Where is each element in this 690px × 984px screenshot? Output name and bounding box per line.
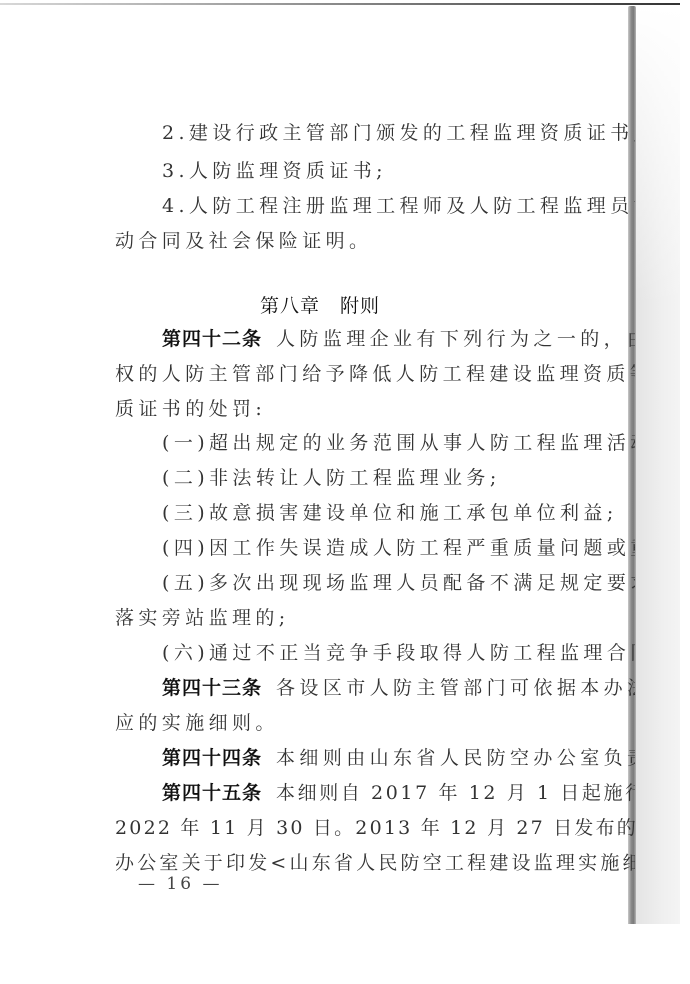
list-item-2: 2.建设行政主管部门颁发的工程监理资质证书; (162, 121, 635, 145)
article-42-item-3: (三)故意损害建设单位和施工承包单位利益; (162, 501, 618, 525)
article-42-item-2: (二)非法转让人防工程监理业务; (162, 466, 501, 490)
article-44-label: 第四十四条 (162, 747, 262, 769)
article-45-line3: 办公室关于印发<山东省人民防空工程建设监理实施细则>的通 (115, 851, 635, 875)
article-42-line3: 质证书的处罚: (115, 397, 266, 421)
article-43-text: 各设区市人防主管部门可依据本办法制定相 (276, 677, 635, 699)
article-45-line2: 2022 年 11 月 30 日。2013 年 12 月 27 日发布的《山东省… (115, 816, 635, 840)
article-42-paragraph: 第四十二条人防监理企业有下列行为之一的，由具有审批 (162, 327, 635, 351)
page-number: — 16 — (138, 874, 222, 894)
article-43-paragraph: 第四十三条各设区市人防主管部门可依据本办法制定相 (162, 676, 635, 700)
article-42-line2: 权的人防主管部门给予降低人防工程建设监理资质等级或吊销资 (115, 362, 635, 386)
article-42-item-5: (五)多次出现现场监理人员配备不满足规定要求或者不能 (162, 571, 635, 595)
list-item-4: 4.人防工程注册监理工程师及人防工程监理员证书、聘用劳 (162, 194, 635, 218)
article-43-line2: 应的实施细则。 (115, 711, 279, 735)
article-42-item-1: (一)超出规定的业务范围从事人防工程监理活动; (162, 431, 635, 455)
article-45-text: 本细则自 2017 年 12 月 1 日起施行，有效期至 (276, 782, 635, 804)
article-44-text: 本细则由山东省人民防空办公室负责解释。 (276, 747, 635, 769)
article-45-paragraph: 第四十五条本细则自 2017 年 12 月 1 日起施行，有效期至 (162, 781, 635, 805)
article-42-item-6: (六)通过不正当竞争手段取得人防工程监理合同。 (162, 641, 635, 665)
article-42-label: 第四十二条 (162, 328, 262, 350)
article-43-label: 第四十三条 (162, 677, 262, 699)
article-44-paragraph: 第四十四条本细则由山东省人民防空办公室负责解释。 (162, 746, 635, 770)
list-item-3: 3.人防监理资质证书; (162, 159, 387, 183)
article-45-label: 第四十五条 (162, 782, 262, 804)
document-body: 2.建设行政主管部门颁发的工程监理资质证书; 3.人防监理资质证书; 4.人防工… (115, 0, 635, 984)
article-42-text: 人防监理企业有下列行为之一的，由具有审批 (276, 328, 635, 350)
underlying-page-fade (636, 6, 680, 306)
chapter-title: 第八章 附则 (115, 291, 525, 318)
article-42-item-5-continued: 落实旁站监理的; (115, 606, 290, 630)
list-item-4-continued: 动合同及社会保险证明。 (115, 229, 372, 253)
article-42-item-4: (四)因工作失误造成人防工程严重质量问题或重大损失; (162, 536, 635, 560)
